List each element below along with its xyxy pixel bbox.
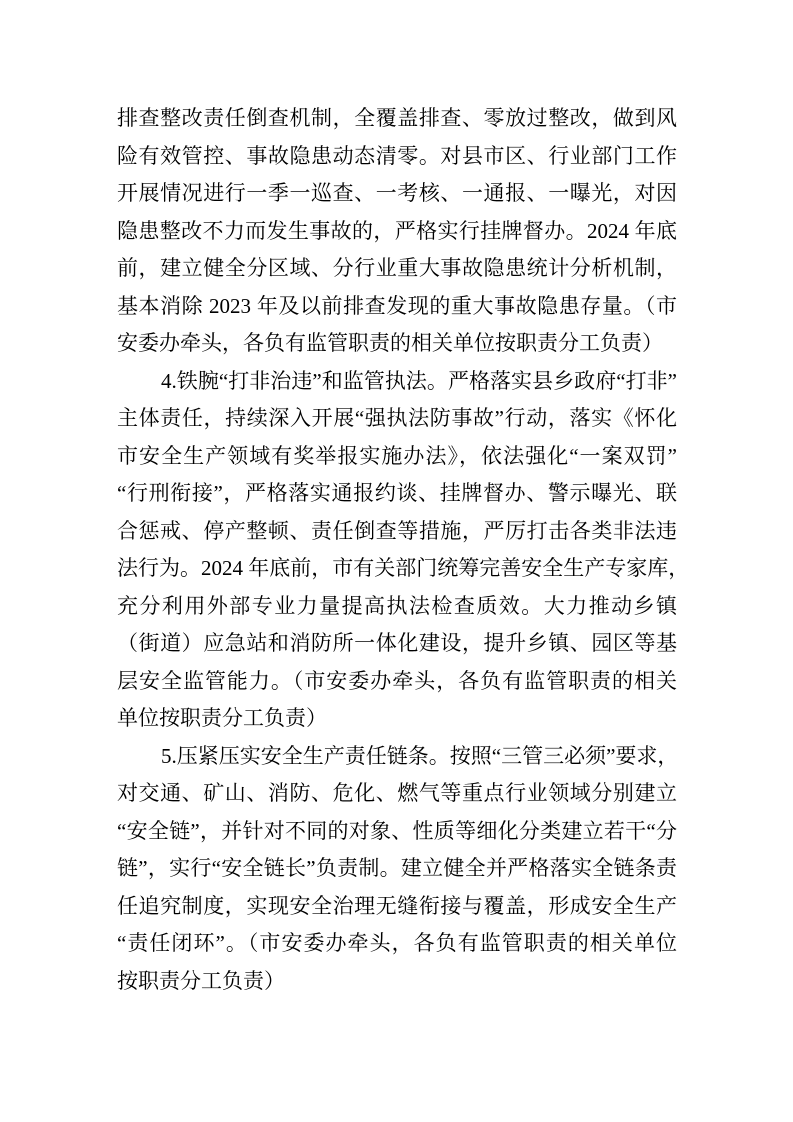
document-page: 排查整改责任倒查机制，全覆盖排查、零放过整改，做到风险有效管控、事故隐患动态清零…	[0, 0, 793, 1122]
text-line: 充分利用外部专业力量提高执法检查质效。大力推动乡镇	[117, 588, 677, 626]
text-line: 市安全生产领域有奖举报实施办法》，依法强化“一案双罚”	[117, 438, 677, 476]
text-line: “安全链”，并针对不同的对象、性质等细化分类建立若干“分	[117, 813, 677, 851]
document-body: 排查整改责任倒查机制，全覆盖排查、零放过整改，做到风险有效管控、事故隐患动态清零…	[117, 100, 677, 1000]
text-line: 合惩戒、停产整顿、责任倒查等措施，严厉打击各类非法违	[117, 513, 677, 551]
text-line: 基本消除 2023 年及以前排查发现的重大事故隐患存量。（市	[117, 288, 677, 326]
text-line: 按职责分工负责）	[117, 963, 677, 1001]
text-line: 法行为。2024 年底前，市有关部门统筹完善安全生产专家库，	[117, 550, 677, 588]
text-line: 链”，实行“安全链长”负责制。建立健全并严格落实全链条责	[117, 850, 677, 888]
text-line: 安委办牵头，各负有监管职责的相关单位按职责分工负责）	[117, 325, 677, 363]
text-line: 主体责任，持续深入开展“强执法防事故”行动，落实《怀化	[117, 400, 677, 438]
text-line: “责任闭环”。（市安委办牵头，各负有监管职责的相关单位	[117, 925, 677, 963]
text-line: （街道）应急站和消防所一体化建设，提升乡镇、园区等基	[117, 625, 677, 663]
text-line: 4.铁腕“打非治违”和监管执法。严格落实县乡政府“打非”	[117, 363, 677, 401]
text-line: 开展情况进行一季一巡查、一考核、一通报、一曝光，对因	[117, 175, 677, 213]
text-line: 层安全监管能力。（市安委办牵头，各负有监管职责的相关	[117, 663, 677, 701]
text-line: 单位按职责分工负责）	[117, 700, 677, 738]
text-line: 5.压紧压实安全生产责任链条。按照“三管三必须”要求，	[117, 738, 677, 776]
paragraph: 排查整改责任倒查机制，全覆盖排查、零放过整改，做到风险有效管控、事故隐患动态清零…	[117, 100, 677, 363]
paragraph: 4.铁腕“打非治违”和监管执法。严格落实县乡政府“打非”主体责任，持续深入开展“…	[117, 363, 677, 738]
paragraph: 5.压紧压实安全生产责任链条。按照“三管三必须”要求，对交通、矿山、消防、危化、…	[117, 738, 677, 1001]
text-line: 险有效管控、事故隐患动态清零。对县市区、行业部门工作	[117, 138, 677, 176]
text-line: 对交通、矿山、消防、危化、燃气等重点行业领域分别建立	[117, 775, 677, 813]
text-line: 隐患整改不力而发生事故的，严格实行挂牌督办。2024 年底	[117, 213, 677, 251]
text-line: “行刑衔接”，严格落实通报约谈、挂牌督办、警示曝光、联	[117, 475, 677, 513]
text-line: 前，建立健全分区域、分行业重大事故隐患统计分析机制，	[117, 250, 677, 288]
text-line: 任追究制度，实现安全治理无缝衔接与覆盖，形成安全生产	[117, 888, 677, 926]
text-line: 排查整改责任倒查机制，全覆盖排查、零放过整改，做到风	[117, 100, 677, 138]
